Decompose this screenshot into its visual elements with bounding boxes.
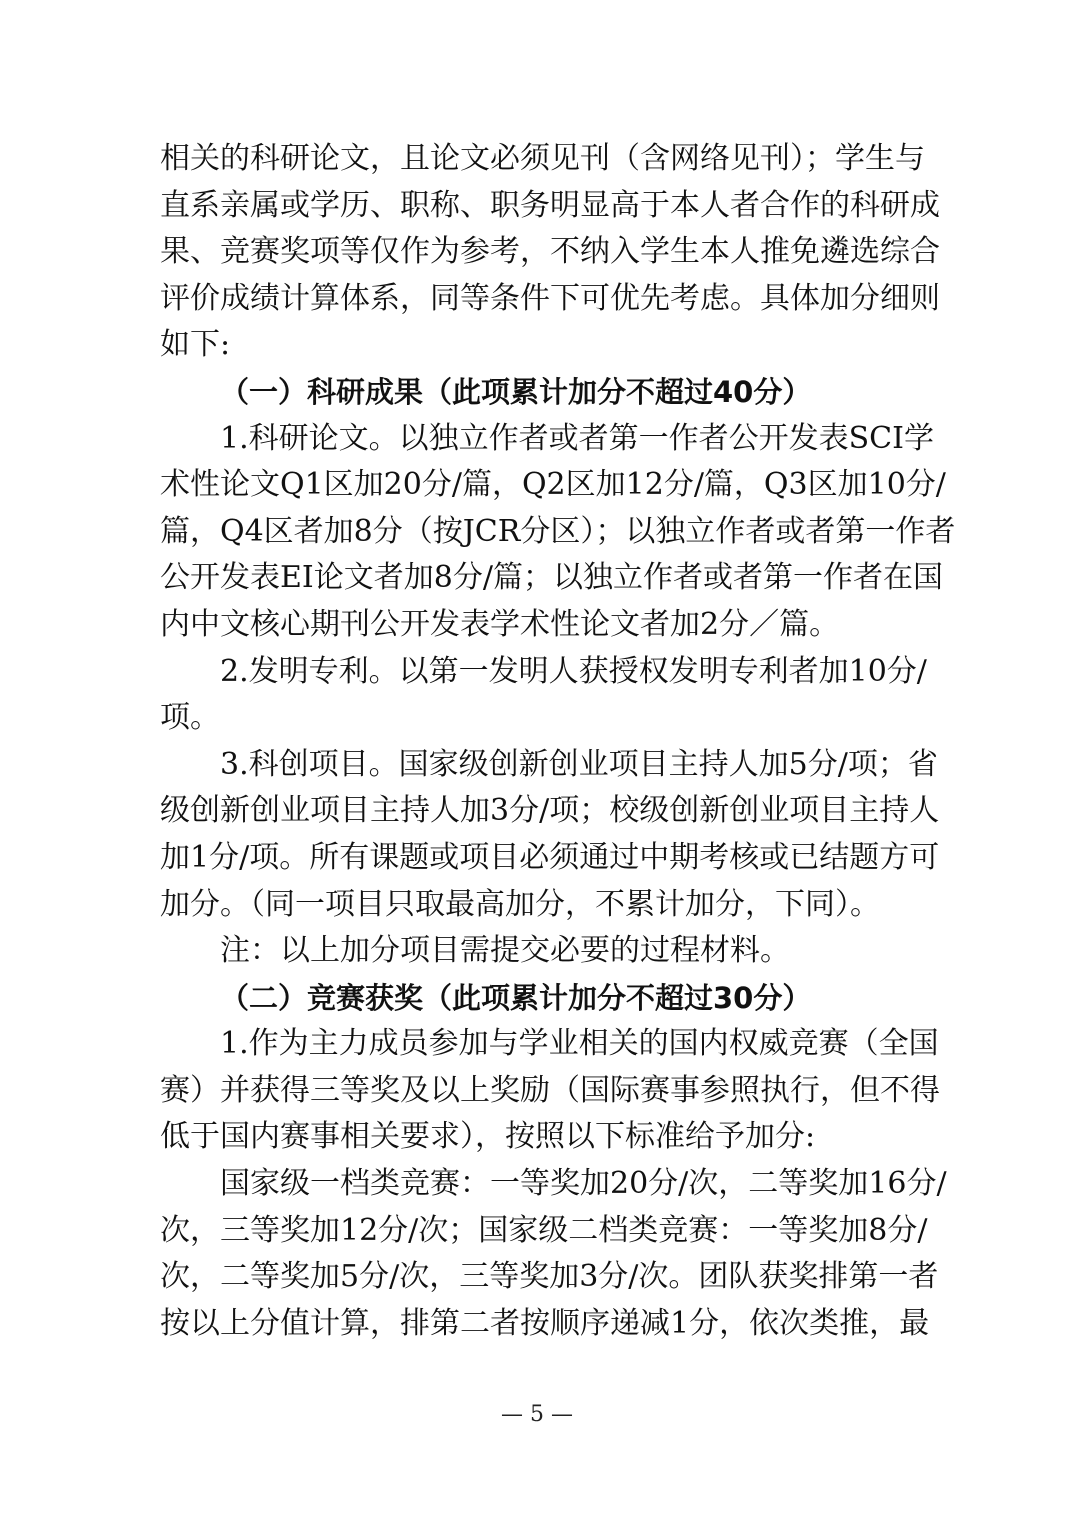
document-body: 相关的科研论文，且论文必须见刊（含网络见刊）；学生与 直系亲属或学历、职称、职务… bbox=[160, 136, 920, 1347]
section-heading-research: （一）科研成果（此项累计加分不超过40分） bbox=[160, 369, 920, 416]
section-heading-competition: （二）竞赛获奖（此项累计加分不超过30分） bbox=[160, 975, 920, 1022]
text-line: 3.科创项目。国家级创新创业项目主持人加5分/项；省 bbox=[160, 742, 920, 789]
text-line: 加分。（同一项目只取最高加分，不累计加分，下同）。 bbox=[160, 882, 920, 929]
text-line: 直系亲属或学历、职称、职务明显高于本人者合作的科研成 bbox=[160, 183, 920, 230]
text-line: 如下: bbox=[160, 322, 920, 369]
text-line: 次，三等奖加12分/次；国家级二档类竞赛：一等奖加8分/ bbox=[160, 1208, 920, 1255]
text-line: 1.作为主力成员参加与学业相关的国内权威竞赛（全国 bbox=[160, 1021, 920, 1068]
text-line: 公开发表EI论文者加8分/篇；以独立作者或者第一作者在国 bbox=[160, 555, 920, 602]
page-number: — 5 — bbox=[0, 1402, 1074, 1427]
text-line: 赛）并获得三等奖及以上奖励（国际赛事参照执行，但不得 bbox=[160, 1068, 920, 1115]
text-line: 2.发明专利。以第一发明人获授权发明专利者加10分/ bbox=[160, 649, 920, 696]
text-line: 国家级一档类竞赛：一等奖加20分/次，二等奖加16分/ bbox=[160, 1161, 920, 1208]
text-line: 内中文核心期刊公开发表学术性论文者加2分／篇。 bbox=[160, 602, 920, 649]
text-line: 评价成绩计算体系，同等条件下可优先考虑。具体加分细则 bbox=[160, 276, 920, 323]
text-line: 按以上分值计算，排第二者按顺序递减1分，依次类推，最 bbox=[160, 1301, 920, 1348]
text-line: 果、竞赛奖项等仅作为参考，不纳入学生本人推免遴选综合 bbox=[160, 229, 920, 276]
text-line: 1.科研论文。以独立作者或者第一作者公开发表SCI学 bbox=[160, 416, 920, 463]
text-line: 次，二等奖加5分/次，三等奖加3分/次。团队获奖排第一者 bbox=[160, 1254, 920, 1301]
text-line: 相关的科研论文，且论文必须见刊（含网络见刊）；学生与 bbox=[160, 136, 920, 183]
text-line: 术性论文Q1区加20分/篇，Q2区加12分/篇，Q3区加10分/ bbox=[160, 462, 920, 509]
text-line: 级创新创业项目主持人加3分/项；校级创新创业项目主持人 bbox=[160, 788, 920, 835]
text-line: 低于国内赛事相关要求），按照以下标准给予加分: bbox=[160, 1114, 920, 1161]
text-line: 篇，Q4区者加8分（按JCR分区）；以独立作者或者第一作者 bbox=[160, 509, 920, 556]
text-line: 项。 bbox=[160, 695, 920, 742]
text-line: 加1分/项。所有课题或项目必须通过中期考核或已结题方可 bbox=[160, 835, 920, 882]
document-page: 相关的科研论文，且论文必须见刊（含网络见刊）；学生与 直系亲属或学历、职称、职务… bbox=[0, 0, 1074, 1520]
note-line: 注：以上加分项目需提交必要的过程材料。 bbox=[160, 928, 920, 975]
